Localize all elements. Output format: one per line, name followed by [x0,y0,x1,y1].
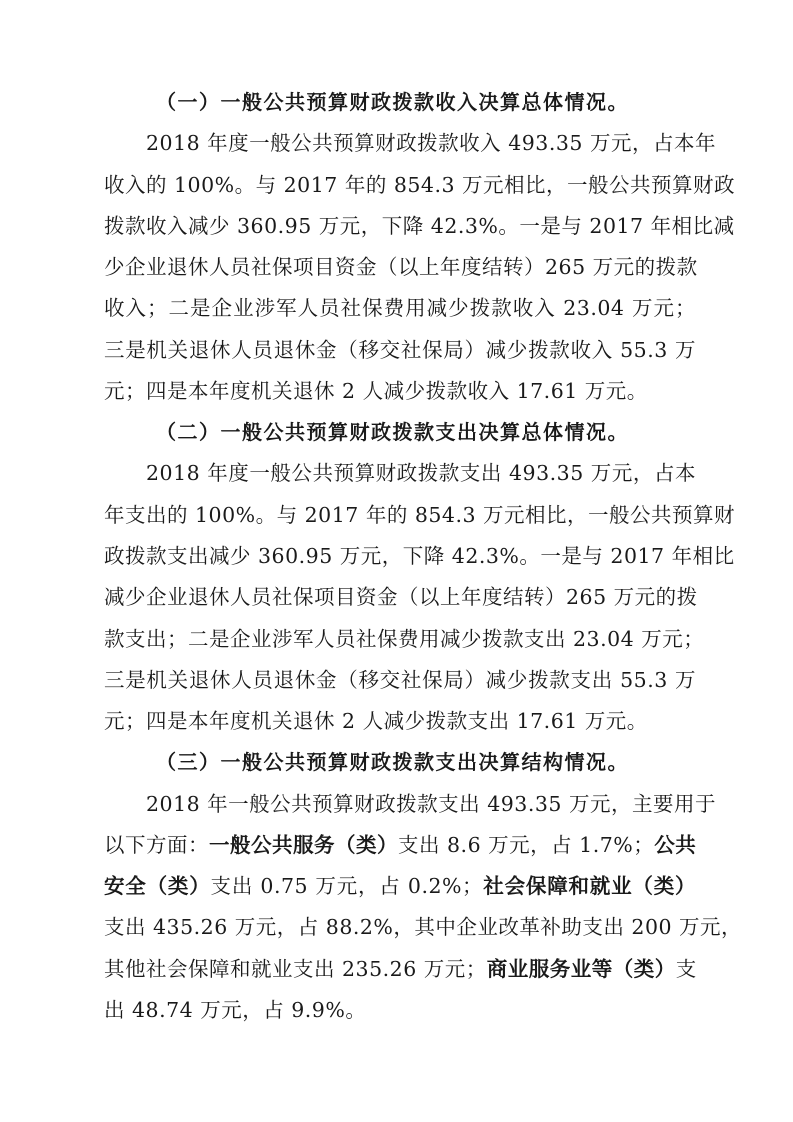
section-heading-structure: （三）一般公共预算财政拨款支出决算结构情况。 [156,742,629,782]
paragraph-line: 三是机关退休人员退休金（移交社保局）减少拨款收入 55.3 万 [104,330,696,370]
text-run: 支出 0.75 万元，占 0.2%； [211,874,483,898]
paragraph-line: 收入的 100%。与 2017 年的 854.3 万元相比，一般公共预算财政 [104,165,696,205]
section-heading-income: （一）一般公共预算财政拨款收入决算总体情况。 [156,82,629,122]
text-run: 其他社会保障和就业支出 235.26 万元； [104,957,487,981]
paragraph-line: 年支出的 100%。与 2017 年的 854.3 万元相比，一般公共预算财 [104,495,696,535]
paragraph-line: 收入；二是企业涉军人员社保费用减少拨款收入 23.04 万元； [104,288,696,328]
paragraph-line: 三是机关退休人员退休金（移交社保局）减少拨款支出 55.3 万 [104,660,696,700]
category-general-public-services: 一般公共服务（类） [209,833,398,857]
paragraph-line: 其他社会保障和就业支出 235.26 万元；商业服务业等（类）支 [104,949,696,989]
text-run: 支出 8.6 万元，占 1.7%； [398,833,654,857]
paragraph-line: 2018 年一般公共预算财政拨款支出 493.35 万元，主要用于 [146,784,696,824]
paragraph-line: 出 48.74 万元，占 9.9%。 [104,990,696,1030]
category-public-security-part1: 公共 [654,833,696,857]
category-public-security-part2: 安全（类） [104,874,211,898]
paragraph-line: 2018 年度一般公共预算财政拨款收入 493.35 万元，占本年 [146,123,696,163]
text-run: 支 [676,957,697,981]
paragraph-line: 减少企业退休人员社保项目资金（以上年度结转）265 万元的拨 [104,577,696,617]
paragraph-line: 政拨款支出减少 360.95 万元，下降 42.3%。一是与 2017 年相比 [104,536,696,576]
paragraph-line: 款支出；二是企业涉军人员社保费用减少拨款支出 23.04 万元； [104,619,696,659]
paragraph-line: 拨款收入减少 360.95 万元，下降 42.3%。一是与 2017 年相比减 [104,206,696,246]
text-run: 以下方面： [104,833,209,857]
paragraph-line: 2018 年度一般公共预算财政拨款支出 493.35 万元，占本 [146,453,696,493]
paragraph-line: 安全（类）支出 0.75 万元，占 0.2%；社会保障和就业（类） [104,866,696,906]
paragraph-line: 以下方面：一般公共服务（类）支出 8.6 万元，占 1.7%；公共 [104,825,696,865]
document-page: （一）一般公共预算财政拨款收入决算总体情况。 2018 年度一般公共预算财政拨款… [0,0,793,1122]
category-social-security-employment: 社会保障和就业（类） [483,874,696,898]
section-heading-expenditure: （二）一般公共预算财政拨款支出决算总体情况。 [156,412,629,452]
paragraph-line: 少企业退休人员社保项目资金（以上年度结转）265 万元的拨款 [104,247,696,287]
paragraph-line: 元；四是本年度机关退休 2 人减少拨款收入 17.61 万元。 [104,371,696,411]
category-commerce-services: 商业服务业等（类） [487,957,676,981]
paragraph-line: 支出 435.26 万元，占 88.2%，其中企业改革补助支出 200 万元， [104,907,696,947]
paragraph-line: 元；四是本年度机关退休 2 人减少拨款支出 17.61 万元。 [104,701,696,741]
